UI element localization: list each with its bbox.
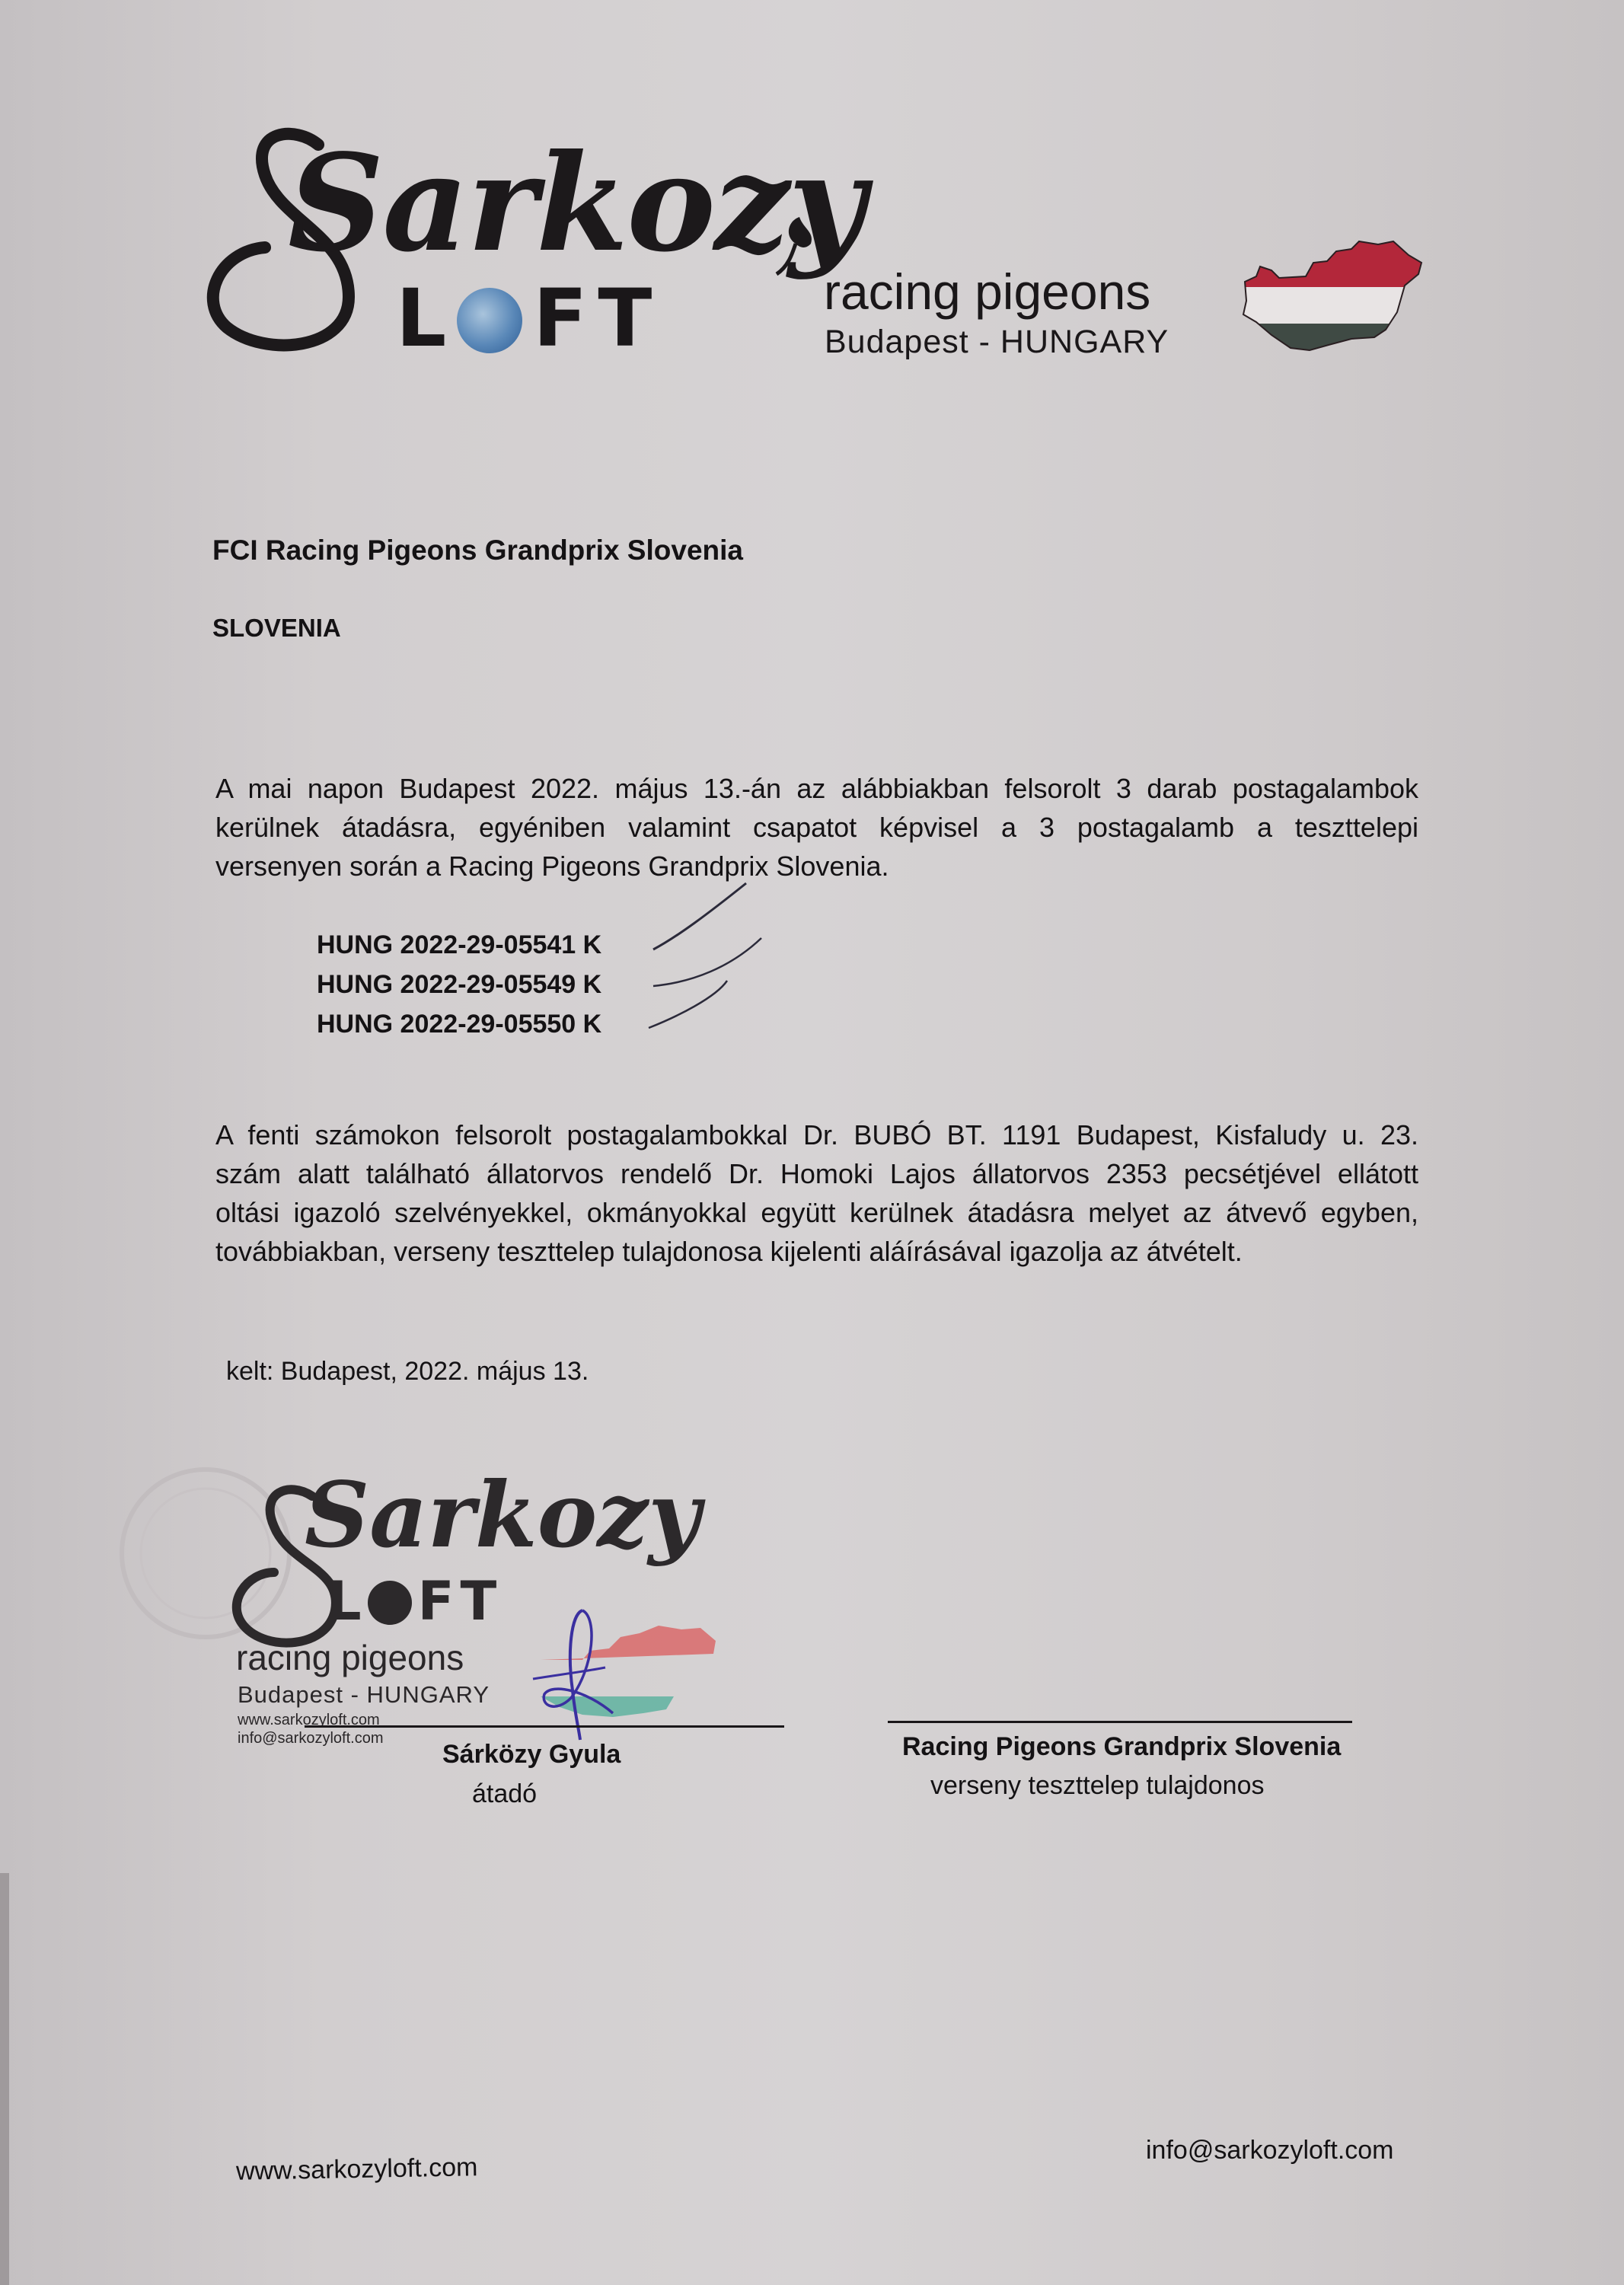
signatory-right-role: verseny teszttelep tulajdonos bbox=[930, 1771, 1264, 1801]
paragraph-line: A mai napon Budapest 2022. május 13.-án … bbox=[215, 769, 1418, 808]
signatory-left-name: Sárközy Gyula bbox=[442, 1740, 621, 1770]
footer-website[interactable]: www.sarkozyloft.com bbox=[236, 2153, 478, 2187]
ring-number: HUNG 2022-29-05541 K bbox=[317, 925, 601, 965]
stamp-email: info@sarkozyloft.com bbox=[238, 1730, 383, 1747]
paragraph-line: továbbiakban, verseny teszttelep tulajdo… bbox=[215, 1232, 1418, 1271]
header-location: Budapest - HUNGARY bbox=[825, 324, 1169, 361]
signatory-right-name: Racing Pigeons Grandprix Slovenia bbox=[902, 1732, 1341, 1762]
stamp-loft-l: L bbox=[327, 1570, 368, 1632]
signatory-left-role: átadó bbox=[472, 1779, 537, 1809]
stamp-loft-t: T bbox=[460, 1570, 503, 1632]
stamp-script-text: Sarkozy bbox=[305, 1462, 700, 1568]
stamp-loft: LFT bbox=[327, 1570, 503, 1632]
recipient-name: FCI Racing Pigeons Grandprix Slovenia bbox=[212, 535, 743, 566]
signature-line-left bbox=[305, 1725, 784, 1728]
stamp-globe-icon bbox=[368, 1581, 412, 1625]
date-line: kelt: Budapest, 2022. május 13. bbox=[226, 1357, 589, 1387]
globe-icon bbox=[457, 288, 522, 353]
hungary-flag-map-icon bbox=[1237, 240, 1424, 354]
logo-loft-t: T bbox=[598, 272, 662, 365]
header-tagline: racing pigeons bbox=[824, 263, 1150, 321]
footer-email[interactable]: info@sarkozyloft.com bbox=[1146, 2136, 1394, 2165]
stamp-loft-f: F bbox=[418, 1570, 461, 1632]
paragraph-veterinary: A fenti számokon felsorolt postagalambok… bbox=[215, 1115, 1418, 1271]
paragraph-line: szám alatt található állatorvos rendelő … bbox=[215, 1154, 1418, 1193]
paragraph-line: kerülnek átadásra, egyéniben valamint cs… bbox=[215, 808, 1418, 847]
recipient-country: SLOVENIA bbox=[212, 614, 341, 643]
ring-number: HUNG 2022-29-05549 K bbox=[317, 965, 601, 1004]
paragraph-line: oltási igazoló szelvényekkel, okmányokka… bbox=[215, 1193, 1418, 1232]
paragraph-handover: A mai napon Budapest 2022. május 13.-án … bbox=[215, 769, 1418, 886]
handwritten-check-marks-icon bbox=[640, 868, 777, 1043]
logo-loft-f: F bbox=[533, 272, 598, 365]
stamp-location: Budapest - HUNGARY bbox=[238, 1681, 490, 1709]
leaf-icon bbox=[769, 213, 822, 282]
handwritten-signature-icon bbox=[525, 1607, 632, 1744]
ring-number-list: HUNG 2022-29-05541 K HUNG 2022-29-05549 … bbox=[317, 925, 601, 1044]
ring-number: HUNG 2022-29-05550 K bbox=[317, 1004, 601, 1044]
letter-page: Sarkozy LFT racing pigeons Budapest - HU… bbox=[0, 0, 1624, 2285]
paragraph-line: versenyen során a Racing Pigeons Grandpr… bbox=[215, 847, 1418, 886]
logo-loft: LFT bbox=[396, 276, 662, 361]
paragraph-line: A fenti számokon felsorolt postagalambok… bbox=[215, 1115, 1418, 1154]
logo-loft-l: L bbox=[396, 272, 457, 365]
stamp-tagline: racing pigeons bbox=[236, 1637, 464, 1678]
signature-line-right bbox=[888, 1721, 1352, 1723]
